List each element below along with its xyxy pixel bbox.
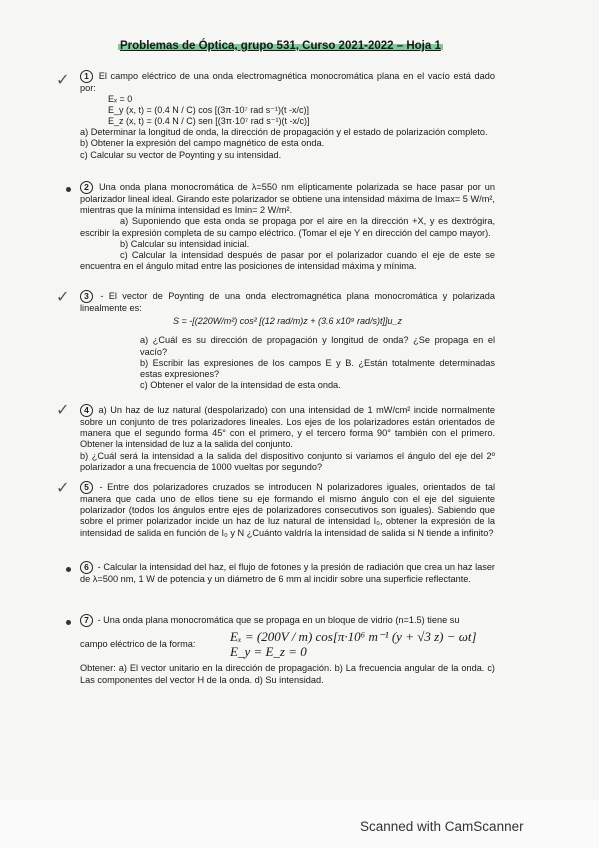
camscanner-watermark: Scanned with CamScanner bbox=[360, 819, 524, 834]
bullet bbox=[66, 187, 71, 192]
check-mark-icon: ✓ bbox=[56, 400, 69, 420]
check-mark-icon: ✓ bbox=[56, 478, 69, 498]
bullet bbox=[66, 567, 71, 572]
problem-1: 1 El campo eléctrico de una onda electro… bbox=[80, 70, 495, 161]
problem-2: 2 Una onda plana monocromática de λ=550 … bbox=[80, 181, 495, 272]
bullet bbox=[66, 620, 71, 625]
check-mark-icon: ✓ bbox=[56, 70, 69, 90]
problem-7: 7 - Una onda plana monocromática que se … bbox=[80, 614, 495, 686]
problem-4: 4 a) Un haz de luz natural (despolarizad… bbox=[80, 404, 495, 473]
problem-3: 3 - El vector de Poynting de una onda el… bbox=[80, 290, 495, 391]
page-title: Problemas de Óptica, grupo 531, Curso 20… bbox=[118, 40, 443, 52]
problem-number: 1 bbox=[80, 70, 93, 83]
check-mark-icon: ✓ bbox=[56, 287, 69, 307]
problem-5: 5 - Entre dos polarizadores cruzados se … bbox=[80, 481, 495, 539]
scanned-page: Problemas de Óptica, grupo 531, Curso 20… bbox=[0, 0, 599, 800]
problem-6: 6 - Calcular la intensidad del haz, el f… bbox=[80, 561, 495, 585]
